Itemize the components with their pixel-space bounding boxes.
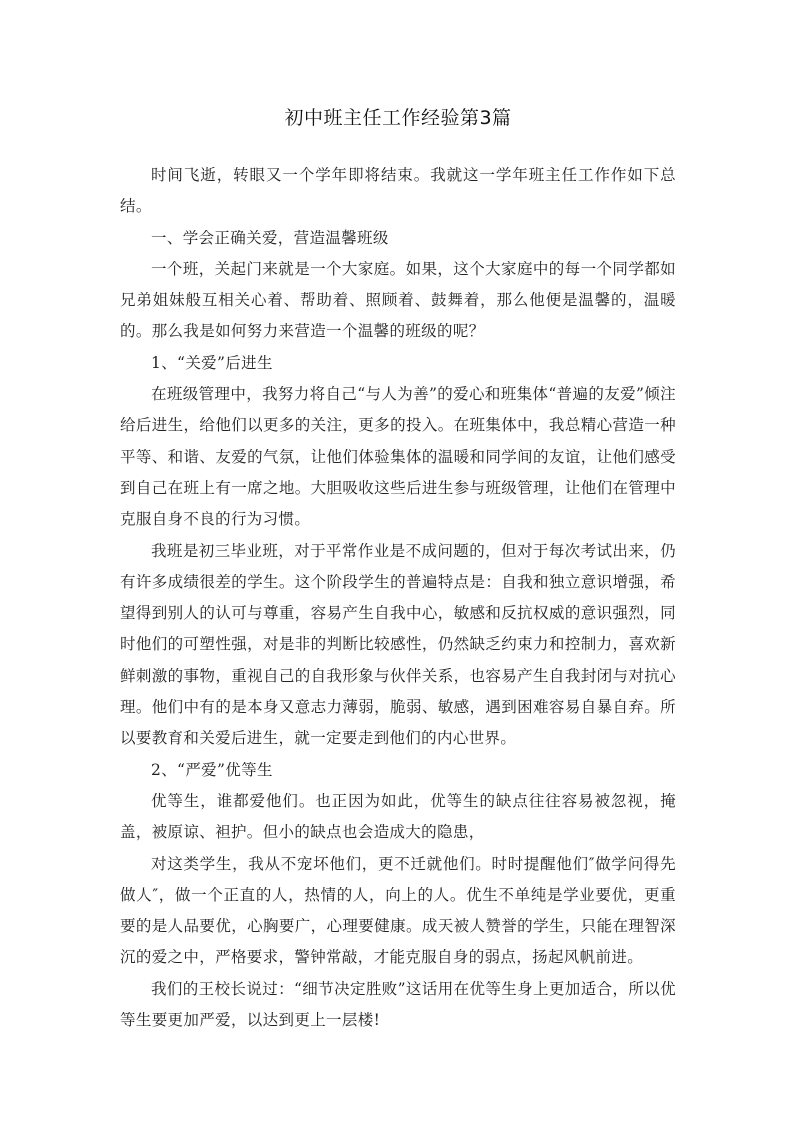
paragraph-top-students: 优等生，谁都爱他们。也正因为如此，优等生的缺点往往容易被忽视，掩盖，被原谅、袒护…	[120, 786, 676, 849]
paragraph-grade-three: 我班是初三毕业班，对于平常作业是不成问题的，但对于每次考试出来，仍有许多成绩很差…	[120, 536, 676, 755]
subheading-care-laggards: 1、“关爱”后进生	[120, 348, 676, 379]
paragraph-class-family: 一个班，关起门来就是一个大家庭。如果，这个大家庭中的每一个同学都如兄弟姐妹般互相…	[120, 254, 676, 348]
document-body: 时间飞逝，转眼又一个学年即将结束。我就这一学年班主任工作作如下总结。 一、学会正…	[120, 160, 676, 1036]
paragraph-no-spoiling: 对这类学生，我从不宠坏他们，更不迁就他们。时时提醒他们″做学问得先做人″，做一个…	[120, 849, 676, 974]
paragraph-intro: 时间飞逝，转眼又一个学年即将结束。我就这一学年班主任工作作如下总结。	[120, 160, 676, 223]
document-title: 初中班主任工作经验第3篇	[120, 104, 676, 132]
paragraph-class-management: 在班级管理中，我努力将自己“与人为善”的爱心和班集体“普遍的友爱”倾注给后进生，…	[120, 379, 676, 535]
subheading-strict-love: 2、“严爱”优等生	[120, 755, 676, 786]
paragraph-principal-quote: 我们的王校长说过：“细节决定胜败”这话用在优等生身上更加适合，所以优等生要更加严…	[120, 974, 676, 1037]
section-heading-1: 一、学会正确关爱，营造温馨班级	[120, 223, 676, 254]
